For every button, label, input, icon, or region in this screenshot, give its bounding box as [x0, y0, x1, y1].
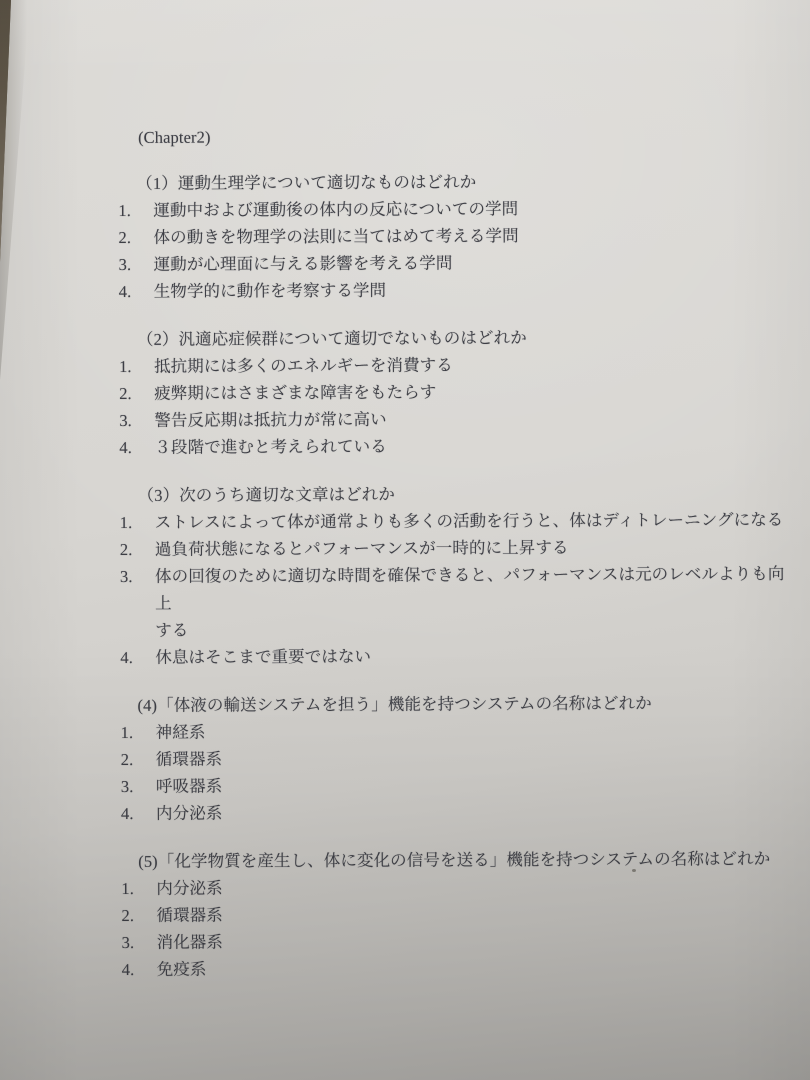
- question-heading: (4)「体液の輸送システムを担う」機能を持つシステムの名称はどれか: [137, 689, 788, 719]
- option-row: 3. 体の回復のために適切な時間を確保できると、パフォーマンスは元のレベルよりも…: [120, 560, 788, 644]
- option-row: 3. 警告反応期は抵抗力が常に高い: [119, 404, 787, 434]
- option-number: 2.: [118, 224, 153, 251]
- question-heading: (5)「化学物質を産生し、体に変化の信号を送る」機能を持つシステムの名称はどれか: [138, 845, 789, 875]
- question-number: （3）: [138, 486, 180, 505]
- option-text: 体の動きを物理学の法則に当てはめて考える学問: [153, 221, 786, 251]
- option-text: ストレスによって体が通常よりも多くの活動を行うと、体はディトレーニングになる: [155, 506, 788, 536]
- option-row: 2. 循環器系: [121, 899, 789, 929]
- option-row: 4. 生物学的に動作を考察する学問: [119, 275, 787, 305]
- question-block-3: （3）次のうち適切な文章はどれか 1. ストレスによって体が通常よりも多くの活動…: [120, 479, 789, 671]
- option-number: 4.: [120, 644, 155, 671]
- option-text: 休息はそこまで重要ではない: [155, 641, 788, 671]
- question-block-4: (4)「体液の輸送システムを担う」機能を持つシステムの名称はどれか 1. 神経系…: [120, 689, 789, 827]
- option-text: 疲弊期にはさまざまな障害をもたらす: [154, 377, 787, 407]
- option-number: 2.: [121, 902, 156, 929]
- option-number: 2.: [119, 380, 154, 407]
- option-text: 循環器系: [156, 743, 789, 773]
- option-row: 3. 消化器系: [122, 926, 790, 956]
- option-text: 警告反応期は抵抗力が常に高い: [154, 404, 787, 434]
- option-row: 4. 内分泌系: [121, 797, 789, 827]
- option-row: 1. 神経系: [121, 716, 789, 746]
- option-number: 4.: [121, 800, 156, 827]
- question-heading: （1）運動生理学について適切なものはどれか: [136, 167, 786, 197]
- question-text: 次のうち適切な文章はどれか: [179, 485, 395, 505]
- option-text-line1: 体の回復のために適切な時間を確保できると、パフォーマンスは元のレベルよりも向上: [155, 560, 788, 617]
- option-number: 1.: [119, 353, 154, 380]
- option-number: 3.: [120, 563, 155, 644]
- option-text: 過負荷状態になるとパフォーマンスが一時的に上昇する: [155, 533, 788, 563]
- option-number: 1.: [121, 875, 156, 902]
- question-number: (5): [138, 852, 158, 871]
- option-number: 4.: [122, 956, 157, 983]
- option-text-line2: する: [155, 614, 788, 644]
- option-row: 3. 運動が心理面に与える影響を考える学問: [119, 248, 787, 278]
- option-row: 2. 疲弊期にはさまざまな障害をもたらす: [119, 377, 787, 407]
- option-text: 神経系: [156, 716, 789, 746]
- option-number: 3.: [122, 929, 157, 956]
- option-number: 1.: [121, 719, 156, 746]
- option-row: 4. 免疫系: [122, 953, 790, 983]
- option-row: 2. 循環器系: [121, 743, 789, 773]
- option-text: 生物学的に動作を考察する学問: [154, 275, 787, 305]
- option-number: 4.: [119, 434, 154, 461]
- option-text: 抵抗期には多くのエネルギーを消費する: [154, 350, 787, 380]
- option-row: 3. 呼吸器系: [121, 770, 789, 800]
- option-text: 運動が心理面に与える影響を考える学問: [154, 248, 787, 278]
- question-heading: （3）次のうち適切な文章はどれか: [138, 479, 788, 509]
- option-row: 1. 運動中および運動後の体内の反応についての学問: [118, 194, 786, 224]
- question-number: (4): [137, 696, 157, 715]
- option-number: 2.: [121, 746, 156, 773]
- question-number: （1）: [136, 174, 178, 193]
- option-text: 運動中および運動後の体内の反応についての学問: [153, 194, 786, 224]
- option-text: 体の回復のために適切な時間を確保できると、パフォーマンスは元のレベルよりも向上す…: [155, 560, 788, 644]
- option-number: 3.: [119, 407, 154, 434]
- question-block-1: （1）運動生理学について適切なものはどれか 1. 運動中および運動後の体内の反応…: [118, 167, 787, 305]
- option-text: ３段階で進むと考えられている: [154, 431, 787, 461]
- chapter-heading: (Chapter2): [138, 121, 786, 151]
- question-number: （2）: [137, 330, 179, 349]
- question-heading: （2）汎適応症候群について適切でないものはどれか: [137, 323, 787, 353]
- option-row: 1. 内分泌系: [121, 872, 789, 902]
- option-text: 免疫系: [157, 953, 790, 983]
- option-text: 消化器系: [157, 926, 790, 956]
- question-block-5: (5)「化学物質を産生し、体に変化の信号を送る」機能を持つシステムの名称はどれか…: [121, 845, 790, 983]
- option-number: 3.: [119, 251, 154, 278]
- question-text: 「体液の輸送システムを担う」機能を持つシステムの名称はどれか: [157, 694, 652, 715]
- quiz-content: (Chapter2) （1）運動生理学について適切なものはどれか 1. 運動中お…: [118, 121, 790, 983]
- option-number: 1.: [118, 197, 153, 224]
- option-row: 1. ストレスによって体が通常よりも多くの活動を行うと、体はディトレーニングにな…: [120, 506, 788, 536]
- option-row: 1. 抵抗期には多くのエネルギーを消費する: [119, 350, 787, 380]
- option-number: 2.: [120, 536, 155, 563]
- option-row: 2. 過負荷状態になるとパフォーマンスが一時的に上昇する: [120, 533, 788, 563]
- question-text: 汎適応症候群について適切でないものはどれか: [178, 328, 526, 349]
- question-text: 運動生理学について適切なものはどれか: [178, 172, 477, 192]
- option-text: 内分泌系: [156, 797, 789, 827]
- option-number: 4.: [119, 278, 154, 305]
- option-row: 4. ３段階で進むと考えられている: [119, 431, 787, 461]
- option-text: 循環器系: [156, 899, 789, 929]
- option-number: 3.: [121, 773, 156, 800]
- option-text: 呼吸器系: [156, 770, 789, 800]
- option-number: 1.: [120, 509, 155, 536]
- option-row: 2. 体の動きを物理学の法則に当てはめて考える学問: [118, 221, 786, 251]
- question-block-2: （2）汎適応症候群について適切でないものはどれか 1. 抵抗期には多くのエネルギ…: [119, 323, 788, 461]
- option-text: 内分泌系: [156, 872, 789, 902]
- option-row: 4. 休息はそこまで重要ではない: [120, 641, 788, 671]
- document-photo: (Chapter2) （1）運動生理学について適切なものはどれか 1. 運動中お…: [0, 0, 810, 1080]
- question-text: 「化学物質を産生し、体に変化の信号を送る」機能を持つシステムの名称はどれか: [158, 849, 771, 871]
